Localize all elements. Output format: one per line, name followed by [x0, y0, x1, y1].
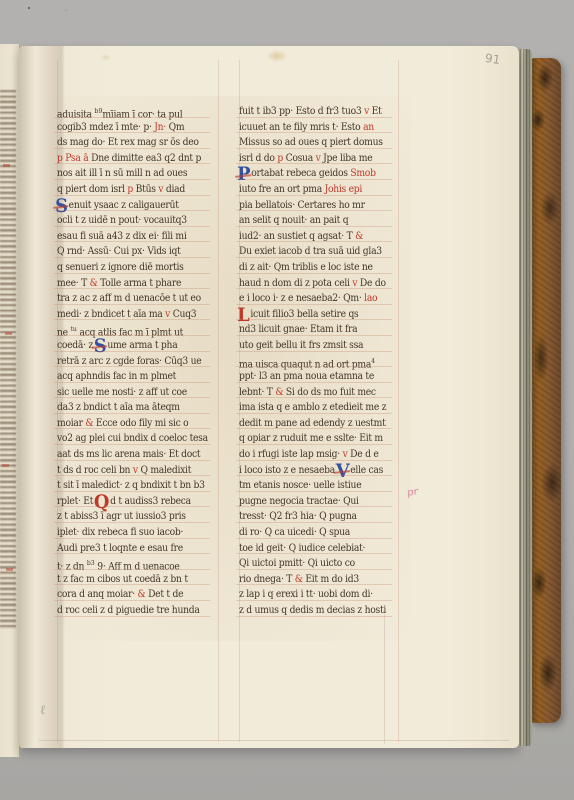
text-line: aat ds ms lic arena mais· Et doct	[57, 447, 209, 463]
text-segment: v	[316, 153, 324, 164]
text-segment: q piert dom isrl	[57, 184, 127, 195]
text-segment: Btūs	[136, 184, 159, 195]
text-segment: ocli t z uidē n pout· vocauitq3	[57, 215, 187, 226]
text-line: haud n dom di z pota celi v De do	[239, 276, 391, 292]
text-segment: Du exiet iacob d tra suā uid gla3	[239, 246, 382, 257]
text-line: iplet· dix rebeca fi suo iacob·	[57, 525, 209, 541]
text-segment: z d umus q dedis m decias z hosti	[239, 605, 386, 616]
text-segment: De do	[360, 278, 386, 289]
text-segment: p Psa ā	[57, 153, 91, 164]
text-segment: pia bellatois· Certares ho mr	[239, 200, 365, 211]
text-line: tm etanis nosce· uelle istiue	[239, 478, 391, 494]
text-segment: 4	[371, 357, 375, 365]
text-segment: elle cas	[350, 465, 383, 476]
text-segment: aat ds ms lic arena mais· Et doct	[57, 449, 200, 460]
text-segment: icuuet an te fily mris t· Esto	[239, 122, 363, 133]
text-line: d roc celi z d piguedie tre hunda	[57, 603, 209, 619]
text-segment: Smob	[350, 168, 375, 179]
text-line: z t abiss3 ī agr ut iussio3 pris	[57, 509, 209, 525]
text-segment: uto geit bellu it frs zmsit ssa	[239, 340, 363, 351]
text-segment: vo2 ag plei cui bndix d coeloc tesa	[57, 433, 208, 444]
text-line: ima ista q e amblo z etedieit me z	[239, 400, 391, 416]
text-segment: z t abiss3 ī agr ut iussio3 pris	[57, 511, 186, 522]
text-segment: i loco isto z e nesaeba	[239, 465, 338, 476]
text-column-left: aduisita b9mīiam ī cor· ta pulcogib3 mde…	[57, 104, 219, 619]
text-segment: an selit q nouit· an pait q	[239, 215, 348, 226]
text-segment: cogib3 mdez ī mte· p·	[57, 122, 154, 133]
text-line: cora d anq moiar· & Det t de	[57, 587, 209, 603]
text-line: Portabat rebeca geidos Smob	[239, 166, 391, 182]
text-segment: Jn·	[154, 122, 166, 133]
text-segment: Cuq3	[173, 309, 197, 320]
text-segment: iud2· an sustiet q agsat· T	[239, 231, 355, 242]
text-line: Q rnd· Assū· Cui px· Vids iqt	[57, 244, 209, 260]
text-segment: Q rnd· Assū· Cui px· Vids iqt	[57, 246, 181, 257]
text-line: pugne negocia tractae· Qui	[239, 494, 391, 510]
text-segment: Tolle arma t phare	[100, 278, 181, 289]
text-line: e i loco i· z e nesaeba2· Qm· lao	[239, 291, 391, 307]
text-segment: Jpe liba me	[323, 153, 372, 164]
text-line: q piert dom isrl p Btūs v diad	[57, 182, 209, 198]
text-segment: iplet· dix rebeca fi suo iacob·	[57, 527, 183, 538]
text-line: iud2· an sustiet q agsat· T &	[239, 229, 391, 245]
text-segment: mee· T	[57, 278, 90, 289]
dust-speck	[28, 7, 30, 9]
text-line: an selit q nouit· an pait q	[239, 213, 391, 229]
text-segment: Cosua	[286, 153, 316, 164]
text-segment: &	[295, 574, 306, 585]
text-line: retrā z arc z cgde foras· Cūq3 ue	[57, 354, 209, 370]
text-line: coedā· z Sume arma t pha	[57, 338, 209, 354]
text-segment: iuto fre an ort pma	[239, 184, 325, 195]
text-line: dedit m pane ad edendy z uestmt	[239, 416, 391, 432]
text-line: fuit t ib3 pp· Esto d fr3 tuo3 v Et	[239, 104, 391, 120]
text-line: t ds d roc celi bn v Q maledixit	[57, 463, 209, 479]
text-segment: Dne dimitte ea3 q2 dnt p	[91, 153, 201, 164]
text-line: sic uelle me nosti· z aff ut coe	[57, 385, 209, 401]
text-segment: v	[158, 184, 166, 195]
parchment-stain	[266, 50, 288, 62]
text-line: Missus so ad oues q piert domus	[239, 135, 391, 151]
text-segment: e i loco i· z e nesaeba2· Qm·	[239, 293, 364, 304]
text-segment: v	[165, 309, 173, 320]
text-line: q senueri z ignore diē mortis	[57, 260, 209, 276]
text-segment: moiar	[57, 418, 85, 429]
text-line: iuto fre an ort pma Johis epi	[239, 182, 391, 198]
text-segment: toe id geit· Q iudice celebiat·	[239, 543, 365, 554]
margin-mark: pr	[406, 486, 419, 499]
text-segment: di z ait· Qm triblis e loc iste ne	[239, 262, 373, 273]
text-line: moiar & Ecce odo fily mi sic o	[57, 416, 209, 432]
text-line: medi· z bndicet t aīa ma v Cuq3	[57, 307, 209, 323]
text-segment: v	[133, 465, 141, 476]
text-segment: &	[137, 589, 148, 600]
text-segment: t z fac m cibos ut coedā z bn t	[57, 574, 188, 585]
text-line: ds mag do· Et rex mag sr ōs deo	[57, 135, 209, 151]
text-segment: ortabat rebeca geidos	[251, 168, 350, 179]
text-line: rplet· Et Qd t audiss3 rebeca	[57, 494, 209, 510]
text-segment: diad	[166, 184, 185, 195]
ruling-line-horizontal	[39, 740, 509, 741]
text-line: p Psa ā Dne dimitte ea3 q2 dnt p	[57, 151, 209, 167]
text-segment: ds mag do· Et rex mag sr ōs deo	[57, 137, 199, 148]
text-segment: &	[355, 231, 363, 242]
text-line: cogib3 mdez ī mte· p· Jn· Qm	[57, 120, 209, 136]
folio-number: 91	[484, 51, 501, 67]
text-segment: tresst· Q2 fr3 hia· Q pugna	[239, 511, 357, 522]
text-segment: enuit ysaac z caligauerūt	[69, 200, 179, 211]
text-line: q opiar z ruduit me e sslte· Eit m	[239, 431, 391, 447]
text-segment: sic uelle me nosti· z aff ut coe	[57, 387, 187, 398]
text-line: z d umus q dedis m decias z hosti	[239, 603, 391, 619]
text-segment: an	[363, 122, 374, 133]
text-line: Du exiet iacob d tra suā uid gla3	[239, 244, 391, 260]
text-segment: tm etanis nosce· uelle istiue	[239, 480, 361, 491]
text-segment: pugne negocia tractae· Qui	[239, 496, 359, 507]
text-segment: ppt· l3 an pma noua etamna te	[239, 371, 374, 382]
text-line: da3 z bndict t aīa ma āteqm	[57, 400, 209, 416]
text-segment: z lap i q erexi i tt· uobi dom di·	[239, 589, 373, 600]
text-line: di z ait· Qm triblis e loc iste ne	[239, 260, 391, 276]
text-segment: haud n dom di z pota celi	[239, 278, 352, 289]
text-line: nd3 licuit gnae· Etam it fra	[239, 322, 391, 338]
text-line: lebnt· T & Si do ds mo fuit mec	[239, 385, 391, 401]
text-segment: Qm	[166, 122, 184, 133]
text-segment: ume arma t pha	[107, 340, 177, 351]
text-segment: medi· z bndicet t aīa ma	[57, 309, 165, 320]
text-line: ne tu acq atlis fac m ī plmt ut	[57, 322, 209, 338]
text-segment: Q maledixit	[140, 465, 191, 476]
text-segment: &	[275, 387, 286, 398]
text-segment: d t audiss3 rebeca	[110, 496, 191, 507]
text-line: z lap i q erexi i tt· uobi dom di·	[239, 587, 391, 603]
text-segment: q senueri z ignore diē mortis	[57, 262, 184, 273]
text-line: esau fi suā a43 z dix ei· fili mi	[57, 229, 209, 245]
text-segment: p	[277, 153, 285, 164]
text-segment: nos ait ill ī n sū mill n ad oues	[57, 168, 187, 179]
text-segment: v	[364, 106, 372, 117]
text-line: icuuet an te fily mris t· Esto an	[239, 120, 391, 136]
text-segment: icuit filio3 bella setire qs	[250, 309, 358, 320]
parchment-stain	[99, 54, 112, 61]
text-segment: Si do ds mo fuit mec	[286, 387, 376, 398]
text-line: tra z ac z aff m d uenacōe t ut eo	[57, 291, 209, 307]
text-segment: Det t de	[148, 589, 183, 600]
text-segment: coedā· z	[57, 340, 96, 351]
text-segment: fuit t ib3 pp· Esto d fr3 tuo3	[239, 106, 364, 117]
text-line: t· z dn b3 9· Aff m d uenacoe	[57, 556, 209, 572]
text-segment: acq aphndis fac in m plmet	[57, 371, 176, 382]
text-segment: ima ista q e amblo z etedieit me z	[239, 402, 386, 413]
text-line: ocli t z uidē n pout· vocauitq3	[57, 213, 209, 229]
text-line: t sit ī maledict· z q bndixit t bn b3	[57, 478, 209, 494]
text-segment: esau fi suā a43 z dix ei· fili mi	[57, 231, 187, 242]
text-segment: do i rfugi iste lap msig·	[239, 449, 343, 460]
text-segment: t ds d roc celi bn	[57, 465, 133, 476]
text-segment: Eit m do id3	[305, 574, 359, 585]
page-crease	[384, 614, 385, 744]
text-segment: q opiar z ruduit me e sslte· Eit m	[239, 433, 383, 444]
text-segment: Audi pre3 t loqnte e esau fre	[57, 543, 183, 554]
facing-page-rubric-specks	[3, 164, 10, 167]
facing-page-text-blur	[0, 90, 16, 630]
text-line: Qi uictoi pmitt· Qi uicto co	[239, 556, 391, 572]
text-line: rio dnega· T & Eit m do id3	[239, 572, 391, 588]
text-segment: isrl d do	[239, 153, 277, 164]
text-segment: retrā z arc z cgde foras· Cūq3 ue	[57, 356, 201, 367]
text-line: Audi pre3 t loqnte e esau fre	[57, 541, 209, 557]
text-segment: da3 z bndict t aīa ma āteqm	[57, 402, 180, 413]
manuscript-page: 91 aduisita b9mīiam ī cor· ta pulcogib3 …	[19, 46, 519, 748]
text-line: acq aphndis fac in m plmet	[57, 369, 209, 385]
text-line: do i rfugi iste lap msig· v De d e	[239, 447, 391, 463]
text-segment: b3	[87, 559, 95, 567]
text-column-right: fuit t ib3 pp· Esto d fr3 tuo3 v Eticuue…	[239, 104, 401, 619]
text-line: pia bellatois· Certares ho mr	[239, 198, 391, 214]
text-line: toe id geit· Q iudice celebiat·	[239, 541, 391, 557]
text-line: ppt· l3 an pma noua etamna te	[239, 369, 391, 385]
text-segment: d roc celi z d piguedie tre hunda	[57, 605, 200, 616]
leather-binding	[529, 58, 561, 723]
text-line: aduisita b9mīiam ī cor· ta pul	[57, 104, 209, 120]
text-segment: Ecce odo fily mi sic o	[96, 418, 188, 429]
text-segment: &	[90, 278, 101, 289]
text-segment: p	[127, 184, 135, 195]
text-segment: Missus so ad oues q piert domus	[239, 137, 383, 148]
text-segment: Et	[372, 106, 382, 117]
text-line: uto geit bellu it frs zmsit ssa	[239, 338, 391, 354]
text-segment: Qi uictoi pmitt· Qi uicto co	[239, 558, 355, 569]
text-line: Licuit filio3 bella setire qs	[239, 307, 391, 323]
facing-page-edge	[0, 44, 19, 757]
text-line: vo2 ag plei cui bndix d coeloc tesa	[57, 431, 209, 447]
text-segment: di ro· Q ca uicedi· Q spua	[239, 527, 350, 538]
text-line: di ro· Q ca uicedi· Q spua	[239, 525, 391, 541]
text-segment: rplet· Et	[57, 496, 96, 507]
text-line: Senuit ysaac z caligauerūt	[57, 198, 209, 214]
text-segment: nd3 licuit gnae· Etam it fra	[239, 324, 357, 335]
text-segment: De d e	[350, 449, 378, 460]
photo-backdrop: 91 aduisita b9mīiam ī cor· ta pulcogib3 …	[0, 0, 574, 800]
text-segment: Johis epi	[325, 184, 363, 195]
text-segment: tra z ac z aff m d uenacōe t ut eo	[57, 293, 201, 304]
text-segment: rio dnega· T	[239, 574, 295, 585]
text-segment: v	[352, 278, 360, 289]
text-segment: cora d anq moiar·	[57, 589, 137, 600]
text-line: t z fac m cibos ut coedā z bn t	[57, 572, 209, 588]
text-line: nos ait ill ī n sū mill n ad oues	[57, 166, 209, 182]
text-line: isrl d do p Cosua v Jpe liba me	[239, 151, 391, 167]
text-line: i loco isto z e nesaeba Velle cas	[239, 463, 391, 479]
text-line: ma uisca quaqut n ad ort pma4	[239, 354, 391, 370]
text-line: mee· T & Tolle arma t phare	[57, 276, 209, 292]
text-segment: lao	[364, 293, 377, 304]
text-segment: dedit m pane ad edendy z uestmt	[239, 418, 386, 429]
text-segment: lebnt· T	[239, 387, 275, 398]
text-segment: t sit ī maledict· z q bndixit t bn b3	[57, 480, 205, 491]
text-segment: &	[85, 418, 96, 429]
text-line: tresst· Q2 fr3 hia· Q pugna	[239, 509, 391, 525]
